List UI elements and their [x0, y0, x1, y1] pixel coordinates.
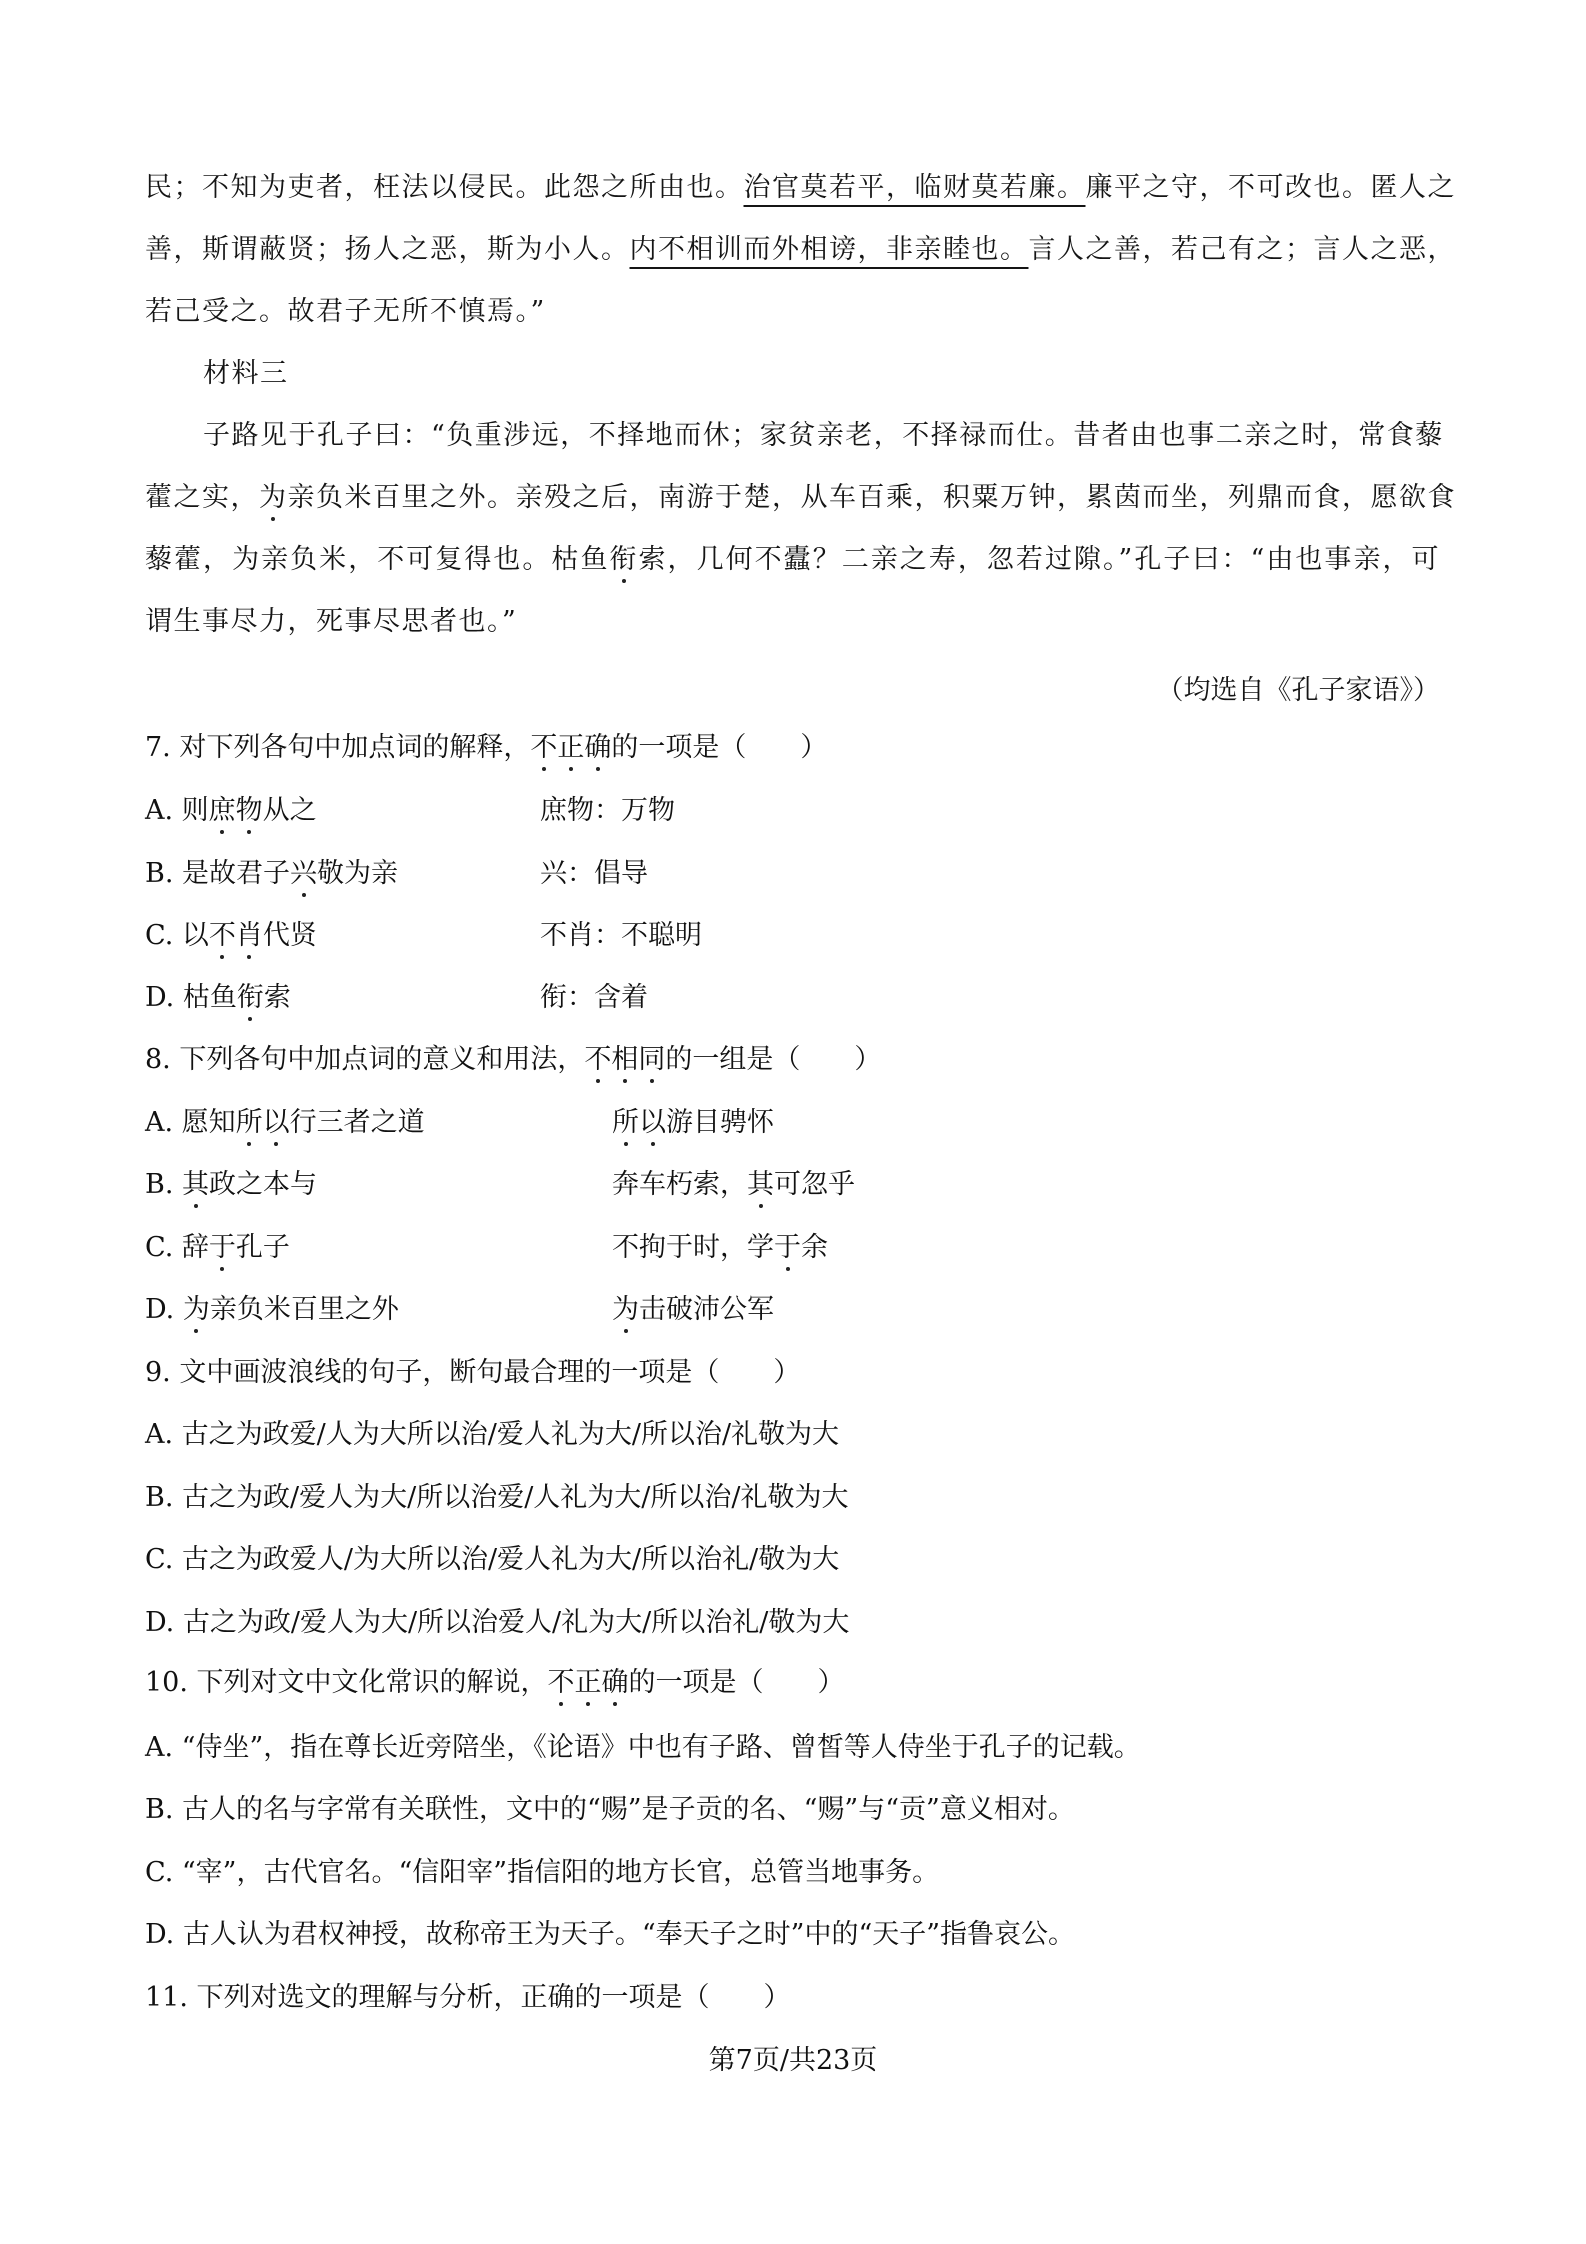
- text-run: 敬为亲: [317, 858, 398, 889]
- text-run: 奔车朽索，: [612, 1169, 747, 1200]
- emphasis-dotted-char: 不: [584, 1044, 611, 1075]
- page-number: 第7页/共23页: [0, 2038, 1586, 2077]
- emphasis-dotted-char: 衔: [237, 982, 264, 1013]
- emphasis-dotted-char: 确: [602, 1667, 629, 1698]
- option-explanation: 庶物：万物: [540, 788, 675, 827]
- text-run: B. 古之为政/爱人为大/所以治爱/人礼为大/所以治/礼敬为大: [145, 1482, 849, 1513]
- emphasis-dotted-char: 庶: [209, 795, 236, 826]
- emphasis-dotted-char: 其: [747, 1169, 774, 1200]
- emphasis-dotted-char: 于: [209, 1232, 236, 1263]
- text-run: 藿之实，: [145, 482, 259, 513]
- text-run: C. 以: [145, 920, 209, 951]
- emphasis-dotted-char: 相: [611, 1044, 638, 1075]
- option-comparison: 为击破沛公军: [612, 1287, 774, 1326]
- text-run: 余: [801, 1232, 828, 1263]
- passage-line: 子路见于孔子曰：“负重涉远，不择地而休；家贫亲老，不择禄而仕。昔者由也事二亲之时…: [203, 413, 1440, 452]
- option-text: A. 愿知所以行三者之道: [145, 1100, 425, 1139]
- text-run: 庶物：万物: [540, 795, 675, 826]
- text-run: 索，几何不蠹？二亲之寿，忽若过隙。”孔子曰：“由也事亲，可: [639, 544, 1440, 575]
- option-text: D. 枯鱼衔索: [145, 975, 291, 1014]
- emphasis-dotted-char: 于: [774, 1232, 801, 1263]
- text-run: 民；不知为吏者，枉法以侵民。此怨之所由也。: [145, 172, 744, 203]
- text-run: 8. 下列各句中加点词的意义和用法，: [145, 1044, 584, 1075]
- emphasis-dotted-char: 肖: [236, 920, 263, 951]
- text-run: D.: [145, 1294, 183, 1325]
- text-run: B.: [145, 1169, 182, 1200]
- emphasis-dotted-char: 确: [584, 732, 611, 763]
- question-11-stem: 11. 下列对选文的理解与分析，正确的一项是（ ）: [145, 1975, 791, 2014]
- emphasis-dotted-char: 不: [209, 920, 236, 951]
- text-run: 谓生事尽力，死事尽思者也。”: [145, 606, 517, 637]
- text-run: 言人之善，若己有之；言人之恶，: [1029, 234, 1457, 265]
- question-9-option-b[interactable]: B. 古之为政/爱人为大/所以治爱/人礼为大/所以治/礼敬为大: [145, 1475, 849, 1514]
- emphasis-dotted-char: 为: [259, 482, 288, 513]
- text-run: 政之本与: [209, 1169, 317, 1200]
- option-comparison: 所以游目骋怀: [612, 1100, 774, 1139]
- underlined-sentence: 内不相训而外相谤，非亲睦也。: [630, 234, 1029, 265]
- text-run: A. “侍坐”，指在尊长近旁陪坐，《论语》中也有子路、曾皙等人侍坐于孔子的记载。: [145, 1732, 1141, 1763]
- passage-line: 善，斯谓蔽贤；扬人之恶，斯为小人。内不相训而外相谤，非亲睦也。言人之善，若己有之…: [145, 227, 1440, 266]
- emphasis-dotted-char: 其: [182, 1169, 209, 1200]
- emphasis-dotted-char: 为: [612, 1294, 639, 1325]
- text-run: 廉平之守，不可改也。匿人之: [1086, 172, 1457, 203]
- text-run: 孔子: [236, 1232, 290, 1263]
- passage-line: 若己受之。故君子无所不慎焉。”: [145, 289, 546, 328]
- passage-line: 民；不知为吏者，枉法以侵民。此怨之所由也。治官莫若平，临财莫若廉。廉平之守，不可…: [145, 165, 1440, 204]
- emphasis-dotted-char: 所: [612, 1107, 639, 1138]
- emphasis-dotted-char: 兴: [290, 858, 317, 889]
- text-run: A. 古之为政爱/人为大所以治/爱人礼为大/所以治/礼敬为大: [145, 1419, 839, 1450]
- emphasis-dotted-char: 物: [236, 795, 263, 826]
- option-text: D. 为亲负米百里之外: [145, 1287, 399, 1326]
- source-citation: （均选自《孔子家语》）: [1157, 668, 1441, 707]
- question-10-stem: 10. 下列对文中文化常识的解说，不正确的一项是（ ）: [145, 1660, 845, 1699]
- text-run: 行三者之道: [290, 1107, 425, 1138]
- text-run: C. 辞: [145, 1232, 209, 1263]
- option-text: A. 则庶物从之: [145, 788, 317, 827]
- option-comparison: 不拘于时，学于余: [612, 1225, 828, 1264]
- text-run: D. 古之为政/爱人为大/所以治爱人/礼为大/所以治礼/敬为大: [145, 1607, 849, 1638]
- text-run: 10. 下列对文中文化常识的解说，: [145, 1667, 548, 1698]
- emphasis-dotted-char: 不: [548, 1667, 575, 1698]
- question-10-option-d[interactable]: D. 古人认为君权神授，故称帝王为天子。“奉天子之时”中的“天子”指鲁哀公。: [145, 1912, 1075, 1951]
- text-run: A. 愿知: [145, 1107, 236, 1138]
- emphasis-dotted-char: 以: [639, 1107, 666, 1138]
- underlined-sentence: 治官莫若平，临财莫若廉。: [744, 172, 1086, 203]
- emphasis-dotted-char: 正: [575, 1667, 602, 1698]
- option-comparison: 奔车朽索，其可忽乎: [612, 1162, 855, 1201]
- passage-line: 谓生事尽力，死事尽思者也。”: [145, 599, 517, 638]
- question-10-option-a[interactable]: A. “侍坐”，指在尊长近旁陪坐，《论语》中也有子路、曾皙等人侍坐于孔子的记载。: [145, 1725, 1141, 1764]
- option-text: B. 其政之本与: [145, 1162, 317, 1201]
- text-run: 藜藿，为亲负米，不可复得也。枯鱼: [145, 544, 610, 575]
- option-explanation: 兴：倡导: [540, 851, 648, 890]
- question-7-stem: 7. 对下列各句中加点词的解释，不正确的一项是（ ）: [145, 725, 827, 764]
- question-9-option-d[interactable]: D. 古之为政/爱人为大/所以治爱人/礼为大/所以治礼/敬为大: [145, 1600, 849, 1639]
- question-8-stem: 8. 下列各句中加点词的意义和用法，不相同的一组是（ ）: [145, 1037, 881, 1076]
- question-9-option-a[interactable]: A. 古之为政爱/人为大所以治/爱人礼为大/所以治/礼敬为大: [145, 1412, 839, 1451]
- text-run: 不肖：不聪明: [540, 920, 702, 951]
- question-10-option-b[interactable]: B. 古人的名与字常有关联性，文中的“赐”是子贡的名、“赐”与“贡”意义相对。: [145, 1787, 1075, 1826]
- text-run: B. 古人的名与字常有关联性，文中的“赐”是子贡的名、“赐”与“贡”意义相对。: [145, 1794, 1075, 1825]
- option-text: B. 是故君子兴敬为亲: [145, 851, 398, 890]
- text-run: 游目骋怀: [666, 1107, 774, 1138]
- passage-line: 藿之实，为亲负米百里之外。亲殁之后，南游于楚，从车百乘，积粟万钟，累茵而坐，列鼎…: [145, 475, 1440, 514]
- text-run: 亲负米百里之外: [210, 1294, 399, 1325]
- emphasis-dotted-char: 同: [638, 1044, 665, 1075]
- passage-line: 藜藿，为亲负米，不可复得也。枯鱼衔索，几何不蠹？二亲之寿，忽若过隙。”孔子曰：“…: [145, 537, 1440, 576]
- text-run: 不拘于时，学: [612, 1232, 774, 1263]
- text-run: 子路见于孔子曰：“负重涉远，不择地而休；家贫亲老，不择禄而仕。昔者由也事二亲之时…: [203, 420, 1444, 451]
- text-run: D. 枯鱼: [145, 982, 237, 1013]
- text-run: 代贤: [263, 920, 317, 951]
- emphasis-dotted-char: 正: [557, 732, 584, 763]
- text-run: 亲负米百里之外。亲殁之后，南游于楚，从车百乘，积粟万钟，累茵而坐，列鼎而食，愿欲…: [288, 482, 1457, 513]
- text-run: 的一组是（ ）: [665, 1044, 881, 1075]
- exam-page: 民；不知为吏者，枉法以侵民。此怨之所由也。治官莫若平，临财莫若廉。廉平之守，不可…: [0, 0, 1586, 2244]
- text-run: 索: [264, 982, 291, 1013]
- emphasis-dotted-char: 所: [236, 1107, 263, 1138]
- text-run: 击破沛公军: [639, 1294, 774, 1325]
- emphasis-dotted-char: 不: [530, 732, 557, 763]
- text-run: 衔：含着: [540, 982, 648, 1013]
- option-explanation: 不肖：不聪明: [540, 913, 702, 952]
- text-run: B. 是故君子: [145, 858, 290, 889]
- text-run: 善，斯谓蔽贤；扬人之恶，斯为小人。: [145, 234, 630, 265]
- emphasis-dotted-char: 以: [263, 1107, 290, 1138]
- text-run: D. 古人认为君权神授，故称帝王为天子。“奉天子之时”中的“天子”指鲁哀公。: [145, 1919, 1075, 1950]
- text-run: 从之: [263, 795, 317, 826]
- text-run: C. “宰”，古代官名。“信阳宰”指信阳的地方长官，总管当地事务。: [145, 1857, 939, 1888]
- emphasis-dotted-char: 衔: [610, 544, 639, 575]
- option-text: C. 辞于孔子: [145, 1225, 290, 1264]
- text-run: C. 古之为政爱人/为大所以治/爱人礼为大/所以治礼/敬为大: [145, 1544, 839, 1575]
- text-run: 的一项是（ ）: [629, 1667, 845, 1698]
- text-run: 兴：倡导: [540, 858, 648, 889]
- text-run: 若己受之。故君子无所不慎焉。”: [145, 296, 546, 327]
- question-9-stem: 9. 文中画波浪线的句子，断句最合理的一项是（ ）: [145, 1350, 800, 1389]
- question-9-option-c[interactable]: C. 古之为政爱人/为大所以治/爱人礼为大/所以治礼/敬为大: [145, 1537, 839, 1576]
- text-run: 11. 下列对选文的理解与分析，正确的一项是（ ）: [145, 1982, 791, 2013]
- text-run: A. 则: [145, 795, 209, 826]
- emphasis-dotted-char: 为: [183, 1294, 210, 1325]
- text-run: 9. 文中画波浪线的句子，断句最合理的一项是（ ）: [145, 1357, 800, 1388]
- option-explanation: 衔：含着: [540, 975, 648, 1014]
- option-text: C. 以不肖代贤: [145, 913, 317, 952]
- text-run: 7. 对下列各句中加点词的解释，: [145, 732, 530, 763]
- text-run: 可忽乎: [774, 1169, 855, 1200]
- text-run: 的一项是（ ）: [611, 732, 827, 763]
- material3-heading: 材料三: [203, 351, 289, 390]
- question-10-option-c[interactable]: C. “宰”，古代官名。“信阳宰”指信阳的地方长官，总管当地事务。: [145, 1850, 939, 1889]
